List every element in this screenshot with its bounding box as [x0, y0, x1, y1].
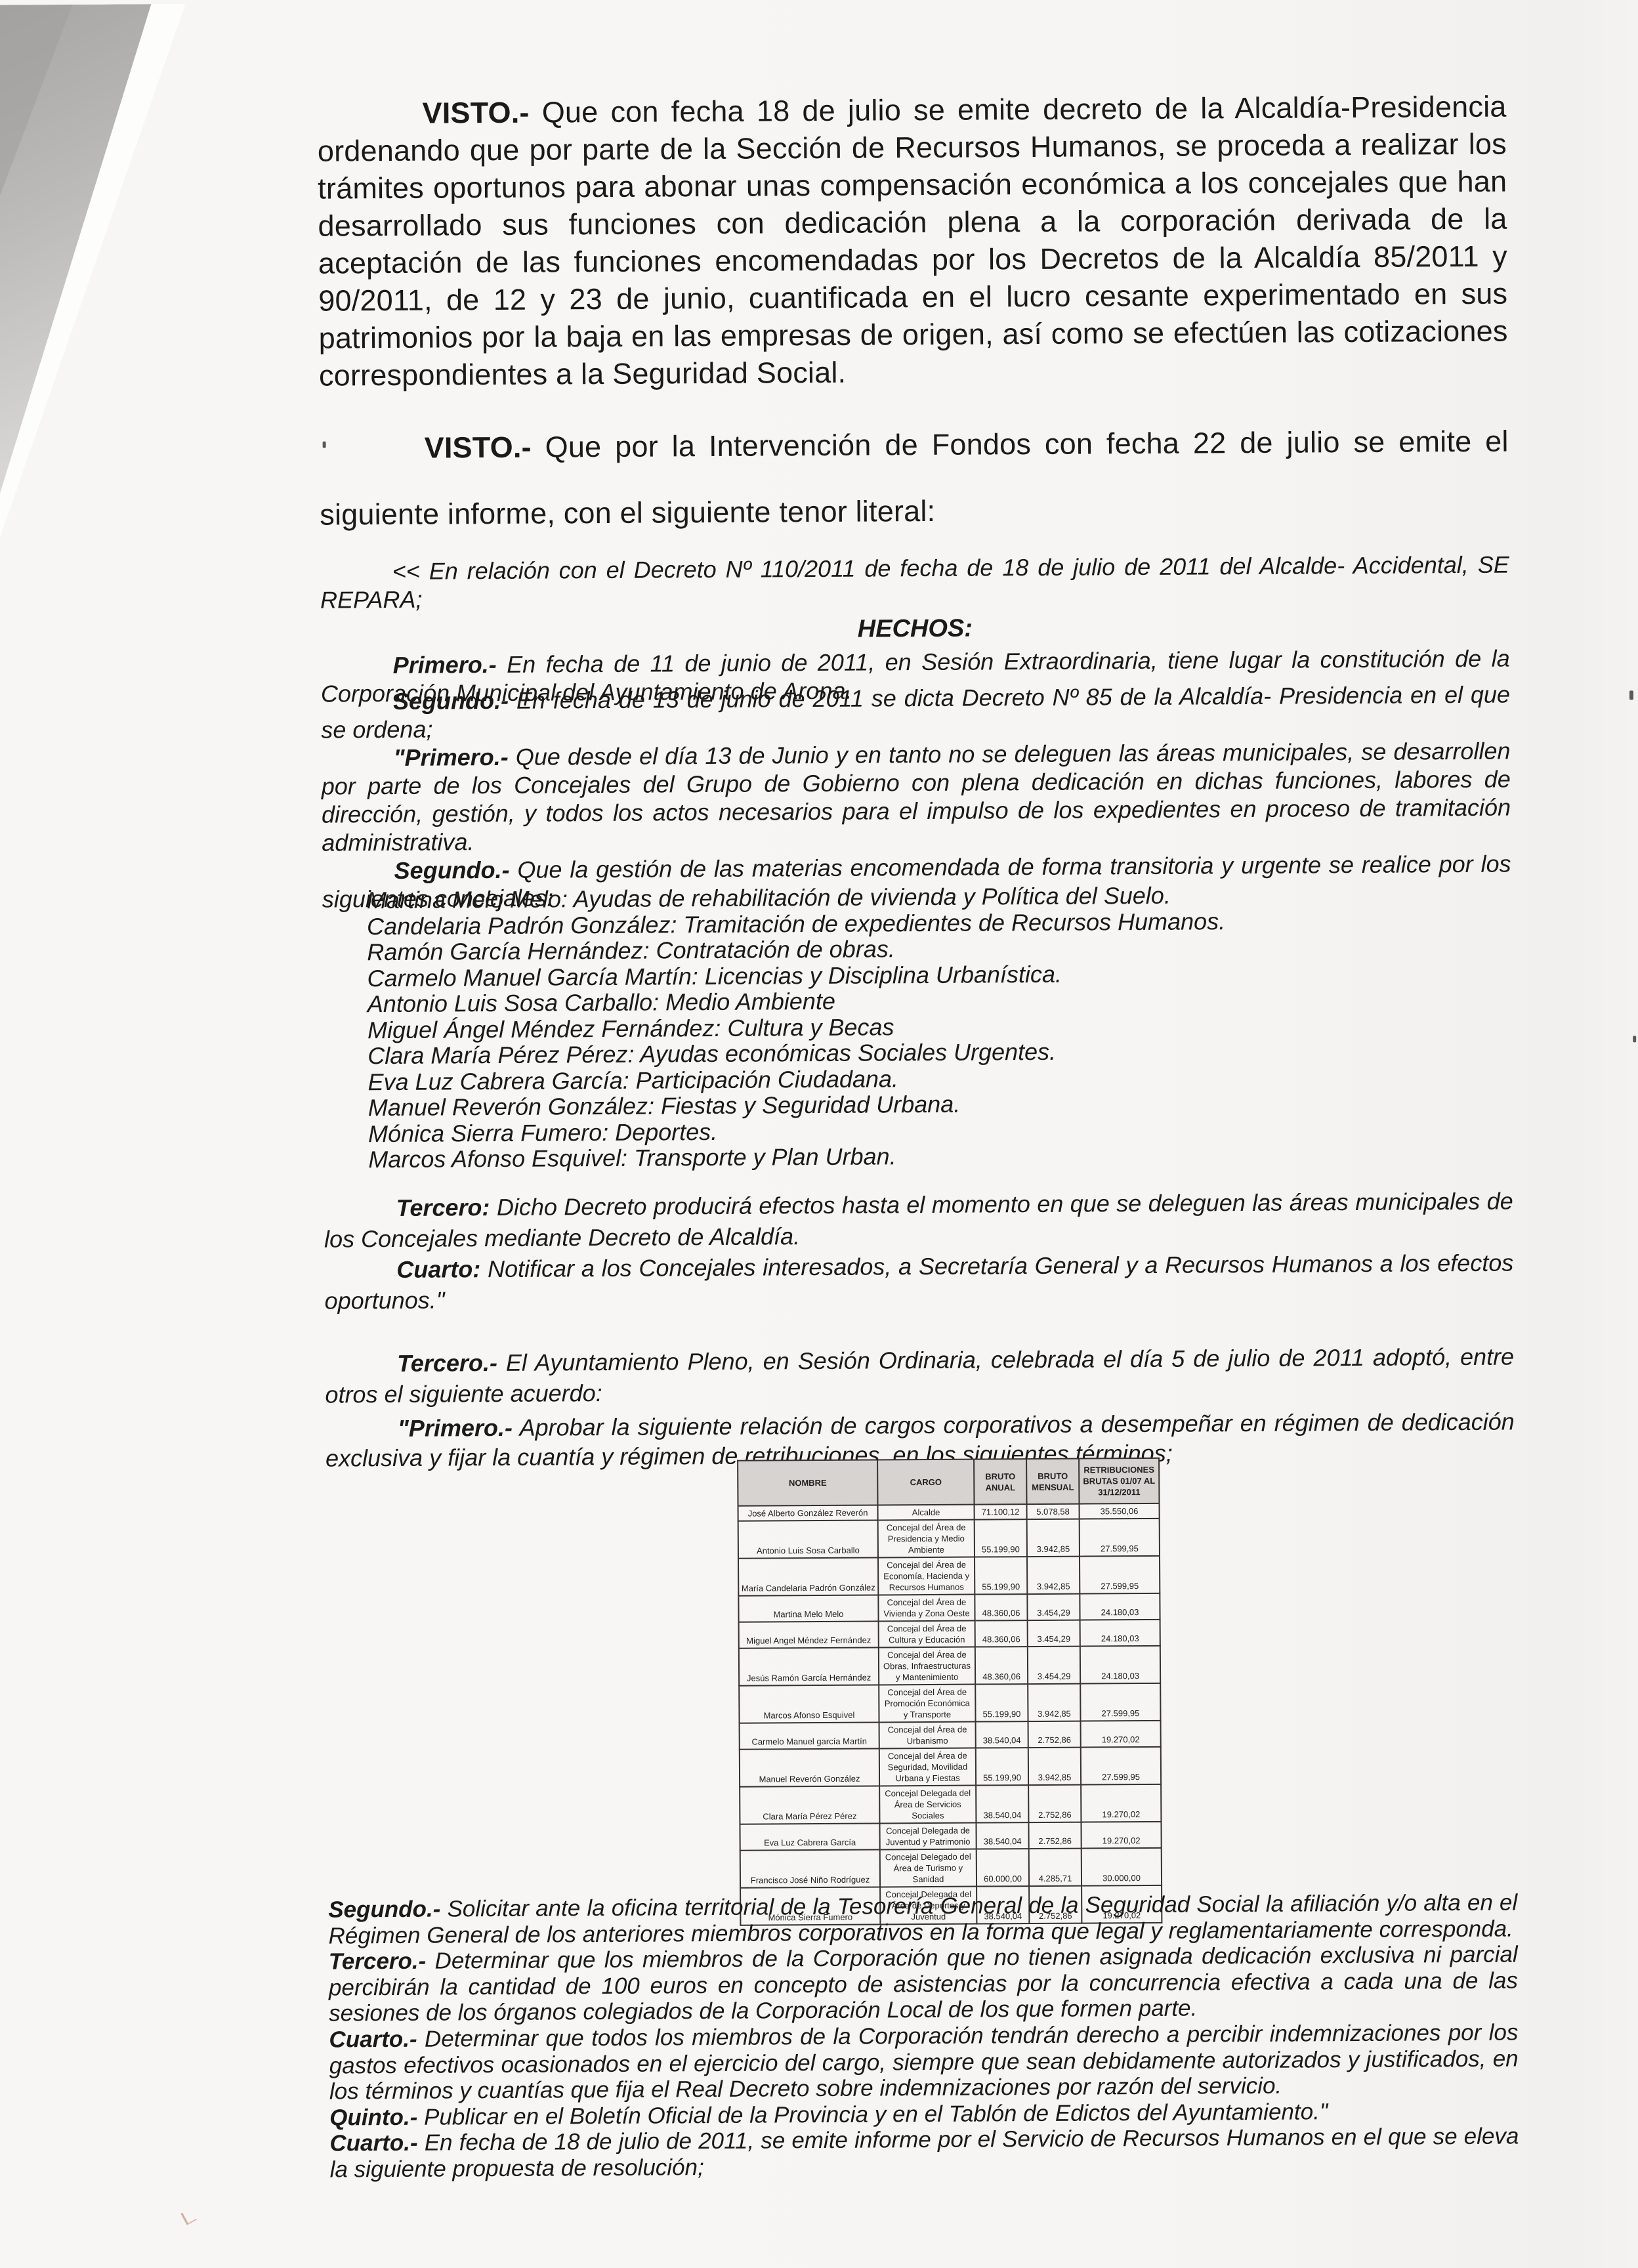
paragraph-text: En fecha de 18 de julio de 2011, se emit… — [330, 2124, 1519, 2183]
paragraph-lead: Cuarto.- — [329, 2130, 417, 2156]
list-item: Marcos Afonso Esquivel: Transporte y Pla… — [368, 1139, 1557, 1173]
table-header-row: NOMBRE CARGO BRUTO ANUAL BRUTO MENSUAL R… — [738, 1458, 1159, 1506]
retribuciones-table: NOMBRE CARGO BRUTO ANUAL BRUTO MENSUAL R… — [737, 1458, 1162, 1926]
paragraph-text: Dicho Decreto producirá efectos hasta el… — [324, 1188, 1513, 1253]
table-row: Martina Melo Melo Concejal del Área de V… — [738, 1593, 1160, 1622]
paragraph-text: Notificar a los Concejales interesados, … — [324, 1249, 1513, 1314]
cell-bruto-anual: 60.000,00 — [976, 1849, 1029, 1886]
cell-cargo: Concejal del Área de Economía, Hacienda … — [878, 1557, 975, 1595]
col-header-nombre: NOMBRE — [738, 1459, 877, 1505]
cell-bruto-mensual: 2.752,86 — [1028, 1822, 1081, 1849]
decreto-85-block: Segundo.- En fecha de 13 de junio de 201… — [321, 681, 1511, 913]
paragraph-text: Que con fecha 18 de julio se emite decre… — [318, 90, 1508, 392]
paragraph-lead: Primero.- — [393, 651, 497, 679]
cell-cargo: Concejal Delegado del Área de Turismo y … — [880, 1849, 976, 1887]
col-header-cargo: CARGO — [877, 1459, 974, 1505]
informe-intro: << En relación con el Decreto Nº 110/201… — [320, 551, 1509, 614]
hechos-heading: HECHOS: — [320, 612, 1509, 647]
cell-nombre: Manuel Reverón González — [740, 1748, 879, 1786]
table-row: Antonio Luis Sosa Carballo Concejal del … — [738, 1519, 1160, 1559]
cell-nombre: María Candelaria Padrón González — [738, 1557, 878, 1595]
cell-nombre: Martina Melo Melo — [738, 1595, 878, 1622]
paragraph-text: << En relación con el Decreto Nº 110/201… — [320, 551, 1509, 614]
cell-bruto-mensual: 3.454,29 — [1027, 1594, 1080, 1620]
acuerdos-finales: Segundo.- Solicitar ante la oficina terr… — [328, 1890, 1519, 2183]
table-row: Clara María Pérez Pérez Concejal Delegad… — [740, 1784, 1161, 1824]
col-header-bruto-mensual: BRUTO MENSUAL — [1026, 1459, 1079, 1504]
table-row: Francisco José Niño Rodríguez Concejal D… — [740, 1848, 1162, 1888]
cell-bruto-mensual: 3.942,85 — [1027, 1557, 1080, 1594]
col-header-retribuciones: RETRIBUCIONES BRUTAS 01/07 AL 31/12/2011 — [1079, 1458, 1159, 1504]
cell-cargo: Concejal del Área de Promoción Económica… — [879, 1685, 975, 1723]
cell-bruto-anual: 48.360,06 — [975, 1620, 1028, 1647]
cell-nombre: Clara María Pérez Pérez — [740, 1786, 879, 1824]
tercero-pleno: Tercero.- El Ayuntamiento Pleno, en Sesi… — [325, 1341, 1515, 1410]
cell-bruto-mensual: 3.454,29 — [1028, 1647, 1080, 1684]
cell-nombre: Miguel Angel Méndez Fernández — [739, 1621, 879, 1648]
table-row: Carmelo Manuel garcía Martín Concejal de… — [740, 1721, 1161, 1750]
cell-cargo: Concejal del Área de Seguridad, Movilida… — [879, 1748, 976, 1786]
cell-retribuciones: 27.599,95 — [1081, 1747, 1161, 1785]
decreto-tercero-cuarto: Tercero: Dicho Decreto producirá efectos… — [324, 1186, 1514, 1316]
cell-retribuciones: 27.599,95 — [1080, 1519, 1160, 1557]
paragraph-lead: Cuarto: — [396, 1255, 480, 1283]
cell-retribuciones: 35.550,06 — [1080, 1503, 1160, 1519]
cell-cargo: Concejal del Área de Presidencia y Medio… — [878, 1520, 975, 1558]
cell-retribuciones: 19.270,02 — [1081, 1822, 1161, 1849]
cell-bruto-anual: 55.199,90 — [975, 1519, 1027, 1557]
scan-speck — [1629, 690, 1633, 700]
cell-cargo: Concejal Delegada del Área de Servicios … — [879, 1786, 976, 1824]
cell-bruto-anual: 55.199,90 — [976, 1748, 1028, 1785]
cell-cargo: Concejal del Área de Vivienda y Zona Oes… — [878, 1595, 975, 1622]
cell-cargo: Concejal Delegada de Juventud y Patrimon… — [879, 1823, 976, 1850]
paragraph-lead: Tercero: — [396, 1194, 490, 1221]
cell-bruto-mensual: 3.454,29 — [1028, 1620, 1080, 1647]
table-row: Marcos Afonso Esquivel Concejal del Área… — [739, 1683, 1160, 1723]
table-row: Manuel Reverón González Concejal del Áre… — [740, 1747, 1161, 1787]
col-header-bruto-anual: BRUTO ANUAL — [974, 1459, 1026, 1504]
cell-nombre: Carmelo Manuel garcía Martín — [740, 1722, 879, 1749]
cell-bruto-mensual: 3.942,85 — [1028, 1684, 1080, 1721]
paragraph-lead: Segundo.- — [328, 1897, 440, 1923]
cell-retribuciones: 24.180,03 — [1080, 1593, 1160, 1620]
table-row: Eva Luz Cabrera García Concejal Delegada… — [740, 1822, 1161, 1851]
cell-retribuciones: 19.270,02 — [1081, 1721, 1161, 1748]
paragraph-lead: "Primero.- — [398, 1414, 513, 1442]
cell-bruto-anual: 55.199,90 — [975, 1557, 1027, 1594]
paragraph-lead: Tercero.- — [329, 1948, 427, 1975]
cell-retribuciones: 24.180,03 — [1080, 1620, 1160, 1647]
cell-bruto-anual: 38.540,04 — [976, 1721, 1028, 1748]
cell-cargo: Concejal del Área de Urbanismo — [879, 1722, 976, 1749]
cell-cargo: Concejal del Área de Obras, Infraestruct… — [879, 1647, 975, 1685]
paragraph-lead: Tercero.- — [397, 1349, 497, 1377]
paragraph-text: El Ayuntamiento Pleno, en Sesión Ordinar… — [325, 1343, 1514, 1408]
scan-pen-mark — [180, 2208, 196, 2225]
cell-bruto-anual: 48.360,06 — [975, 1594, 1027, 1620]
paragraph-lead: Segundo.- — [394, 856, 509, 884]
paragraph-lead: VISTO.- — [424, 430, 531, 465]
cell-nombre: José Alberto González Reverón — [738, 1505, 878, 1521]
scanned-document-page: VISTO.- Que con fecha 18 de julio se emi… — [0, 0, 1638, 2268]
cell-retribuciones: 24.180,03 — [1080, 1646, 1160, 1684]
cell-nombre: Jesús Ramón García Hernández — [739, 1647, 879, 1685]
paragraph-lead: Cuarto.- — [329, 2026, 417, 2053]
cell-bruto-anual: 38.540,04 — [976, 1822, 1028, 1849]
cell-bruto-mensual: 4.285,71 — [1029, 1849, 1081, 1886]
cell-bruto-mensual: 3.942,85 — [1027, 1519, 1080, 1557]
paragraph-text: Solicitar ante la oficina territorial de… — [328, 1890, 1517, 1949]
cell-retribuciones: 27.599,95 — [1080, 1556, 1160, 1594]
cell-bruto-anual: 71.100,12 — [975, 1504, 1027, 1519]
visto-paragraph-2: VISTO.- Que por la Intervención de Fondo… — [319, 408, 1509, 548]
cell-nombre: Francisco José Niño Rodríguez — [740, 1849, 880, 1887]
table-row: Jesús Ramón García Hernández Concejal de… — [739, 1646, 1160, 1686]
cell-cargo: Concejal del Área de Cultura y Educación — [879, 1621, 975, 1648]
cell-retribuciones: 30.000,00 — [1081, 1848, 1162, 1886]
cell-nombre: Marcos Afonso Esquivel — [739, 1685, 879, 1723]
cell-bruto-anual: 38.540,04 — [976, 1785, 1028, 1822]
cell-retribuciones: 27.599,95 — [1080, 1683, 1160, 1721]
cell-bruto-mensual: 3.942,85 — [1028, 1748, 1081, 1785]
cell-cargo: Alcalde — [878, 1505, 975, 1521]
cell-bruto-mensual: 5.078,58 — [1027, 1504, 1080, 1519]
visto-paragraph-1: VISTO.- Que con fecha 18 de julio se emi… — [317, 88, 1508, 394]
table-row: Miguel Angel Méndez Fernández Concejal d… — [739, 1620, 1160, 1648]
cell-bruto-mensual: 2.752,86 — [1028, 1721, 1081, 1748]
cell-bruto-anual: 55.199,90 — [975, 1684, 1028, 1721]
paragraph-lead: "Primero.- — [393, 744, 508, 771]
concejales-list: Martina Melo Melo: Ayudas de rehabilitac… — [367, 880, 1558, 1173]
scan-speck — [1633, 1036, 1636, 1042]
paragraph-text: Determinar que todos los miembros de la … — [329, 2019, 1519, 2104]
cell-bruto-anual: 48.360,06 — [975, 1647, 1028, 1684]
cell-bruto-mensual: 2.752,86 — [1028, 1785, 1081, 1822]
cell-nombre: Antonio Luis Sosa Carballo — [738, 1520, 878, 1558]
paragraph-lead: VISTO.- — [422, 96, 529, 130]
paragraph-text: Determinar que los miembros de la Corpor… — [329, 1942, 1518, 2026]
paragraph-lead: Quinto.- — [329, 2105, 417, 2131]
cell-retribuciones: 19.270,02 — [1081, 1784, 1161, 1822]
table-row: María Candelaria Padrón González Conceja… — [738, 1556, 1160, 1596]
cell-nombre: Eva Luz Cabrera García — [740, 1823, 879, 1850]
paragraph-lead: Segundo.- — [393, 687, 509, 715]
